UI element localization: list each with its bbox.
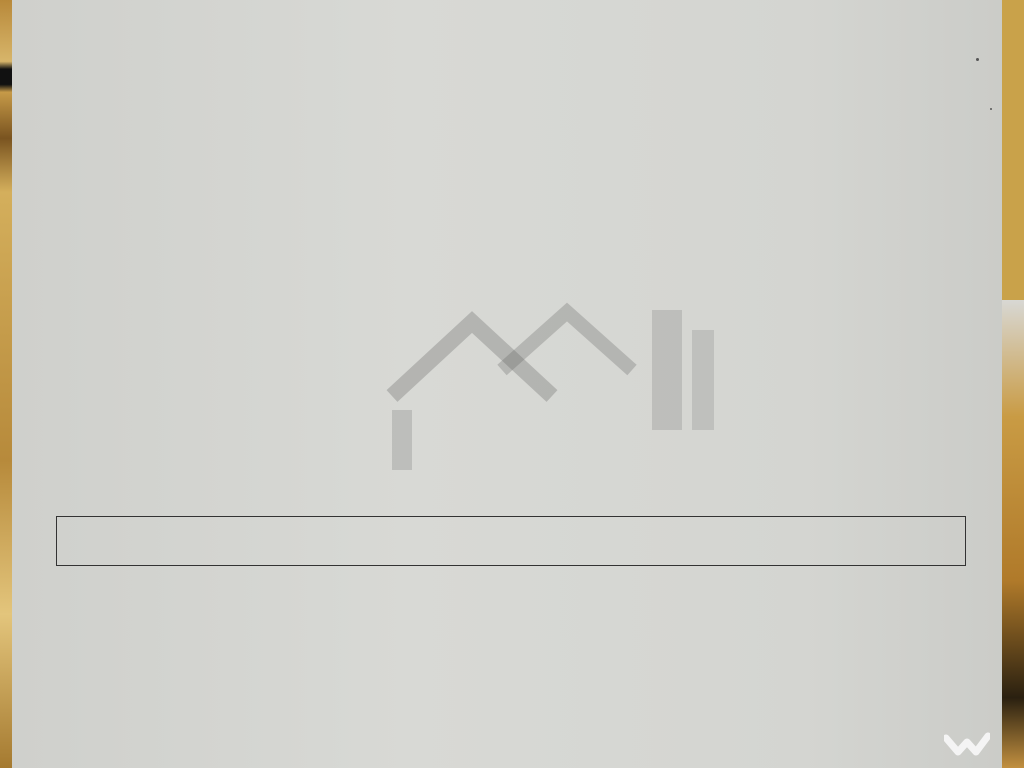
house-roof-logo-icon <box>352 300 772 500</box>
paper-speck <box>976 58 979 61</box>
site-logo <box>944 728 996 762</box>
handshake-logo-icon <box>944 728 990 762</box>
notice-box <box>56 516 966 566</box>
agency-watermark <box>352 300 772 500</box>
document-page <box>12 0 1002 768</box>
paper-speck <box>990 108 992 110</box>
